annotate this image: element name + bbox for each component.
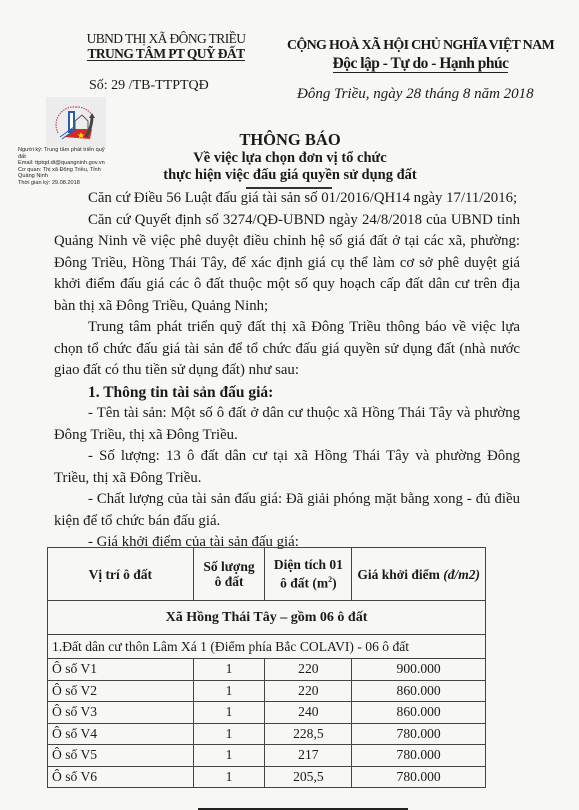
cell-count: 1 [193,702,265,724]
table-row: Ô số V11220900.000 [48,659,486,681]
asset-quality: - Chất lượng của tài sản đấu giá: Đã giả… [54,489,520,532]
document-number: Số: 29 /TB-TTPTQĐ [89,78,209,94]
date-line: Đông Triều, ngày 28 tháng 8 năm 2018 [297,86,534,103]
sign-time: Thời gian ký: 29.08.2018 [18,180,108,187]
notice-subject-line1: Về việc lựa chọn đơn vị tổ chức [130,150,450,167]
subgroup-row: 1.Đất dân cư thôn Lâm Xá 1 (Điểm phía Bắ… [48,635,486,659]
legal-basis-1: Căn cứ Điều 56 Luật đấu giá tài sản số 0… [54,188,520,210]
cell-price: 780.000 [352,723,486,745]
cell-area: 217 [265,745,352,767]
header-area: Diện tích 01ô đất (m2) [265,548,352,601]
cell-count: 1 [193,680,265,702]
cell-price: 860.000 [352,702,486,724]
cell-count: 1 [193,745,265,767]
cell-area: 240 [265,702,352,724]
issuing-agency: UBND THỊ XÃ ĐÔNG TRIỀU TRUNG TÂM PT QUỸ … [86,31,246,61]
national-heading: CỘNG HOÀ XÃ HỘI CHỦ NGHĨA VIỆT NAM Độc l… [278,37,563,73]
starting-price-table: Vị trí ô đất Số lượngô đất Diện tích 01ô… [47,547,486,788]
group-row: Xã Hồng Thái Tây – gồm 06 ô đất [48,601,486,635]
cell-location: Ô số V2 [48,680,194,702]
signer-agency: Cơ quan: Thị xã Đông Triều, Tỉnh Quảng N… [18,167,108,180]
cell-price: 780.000 [352,745,486,767]
cell-location: Ô số V1 [48,659,194,681]
announcement-paragraph: Trung tâm phát triển quỹ đất thị xã Đông… [54,317,520,382]
cell-location: Ô số V6 [48,766,194,788]
notice-heading: THÔNG BÁO [130,130,450,150]
signer-name: Người ký: Trung tâm phát triển quỹ đất [18,147,108,160]
cell-price: 860.000 [352,680,486,702]
country-name: CỘNG HOÀ XÃ HỘI CHỦ NGHĨA VIỆT NAM [278,37,563,55]
notice-title: THÔNG BÁO Về việc lựa chọn đơn vị tổ chứ… [130,130,450,184]
cell-price: 780.000 [352,766,486,788]
header-price: Giá khởi điểm (đ/m2) [352,548,486,601]
cell-area: 220 [265,659,352,681]
cell-count: 1 [193,659,265,681]
land-fund-center-logo-icon [46,97,106,147]
cell-location: Ô số V4 [48,723,194,745]
legal-basis-2: Căn cứ Quyết định số 3274/QĐ-UBND ngày 2… [54,210,520,318]
cell-count: 1 [193,766,265,788]
agency-parent: UBND THỊ XÃ ĐÔNG TRIỀU [86,31,246,46]
table-row: Ô số V51217780.000 [48,745,486,767]
table-row: Ô số V31240860.000 [48,702,486,724]
cell-count: 1 [193,723,265,745]
national-motto: Độc lập - Tự do - Hạnh phúc [333,56,509,73]
digital-signature-info: Người ký: Trung tâm phát triển quỹ đất E… [18,147,108,187]
asset-name: - Tên tài sản: Một số ô đất ở dân cư thu… [54,403,520,446]
asset-quantity: - Số lượng: 13 ô đất dân cư tại xã Hồng … [54,446,520,489]
agency-name: TRUNG TÂM PT QUỸ ĐẤT [87,47,244,61]
cell-location: Ô số V3 [48,702,194,724]
header-location: Vị trí ô đất [48,548,194,601]
header-count: Số lượngô đất [193,548,265,601]
page-bottom-rule [198,808,408,810]
subgroup-title: 1.Đất dân cư thôn Lâm Xá 1 (Điểm phía Bắ… [48,635,486,659]
table-header-row: Vị trí ô đất Số lượngô đất Diện tích 01ô… [48,548,486,601]
table-row: Ô số V21220860.000 [48,680,486,702]
cell-area: 205,5 [265,766,352,788]
group-title: Xã Hồng Thái Tây – gồm 06 ô đất [48,601,486,635]
cell-area: 228,5 [265,723,352,745]
notice-body: Căn cứ Điều 56 Luật đấu giá tài sản số 0… [54,188,520,554]
table-row: Ô số V41228,5780.000 [48,723,486,745]
table-row: Ô số V61205,5780.000 [48,766,486,788]
signer-email: Email: ttptqd.dt@quangninh.gov.vn [18,160,108,167]
notice-subject-line2: thực hiện việc đấu giá quyền sử dụng đất [130,167,450,184]
cell-area: 220 [265,680,352,702]
cell-location: Ô số V5 [48,745,194,767]
section-1-heading: 1. Thông tin tài sản đấu giá: [54,382,520,404]
cell-price: 900.000 [352,659,486,681]
